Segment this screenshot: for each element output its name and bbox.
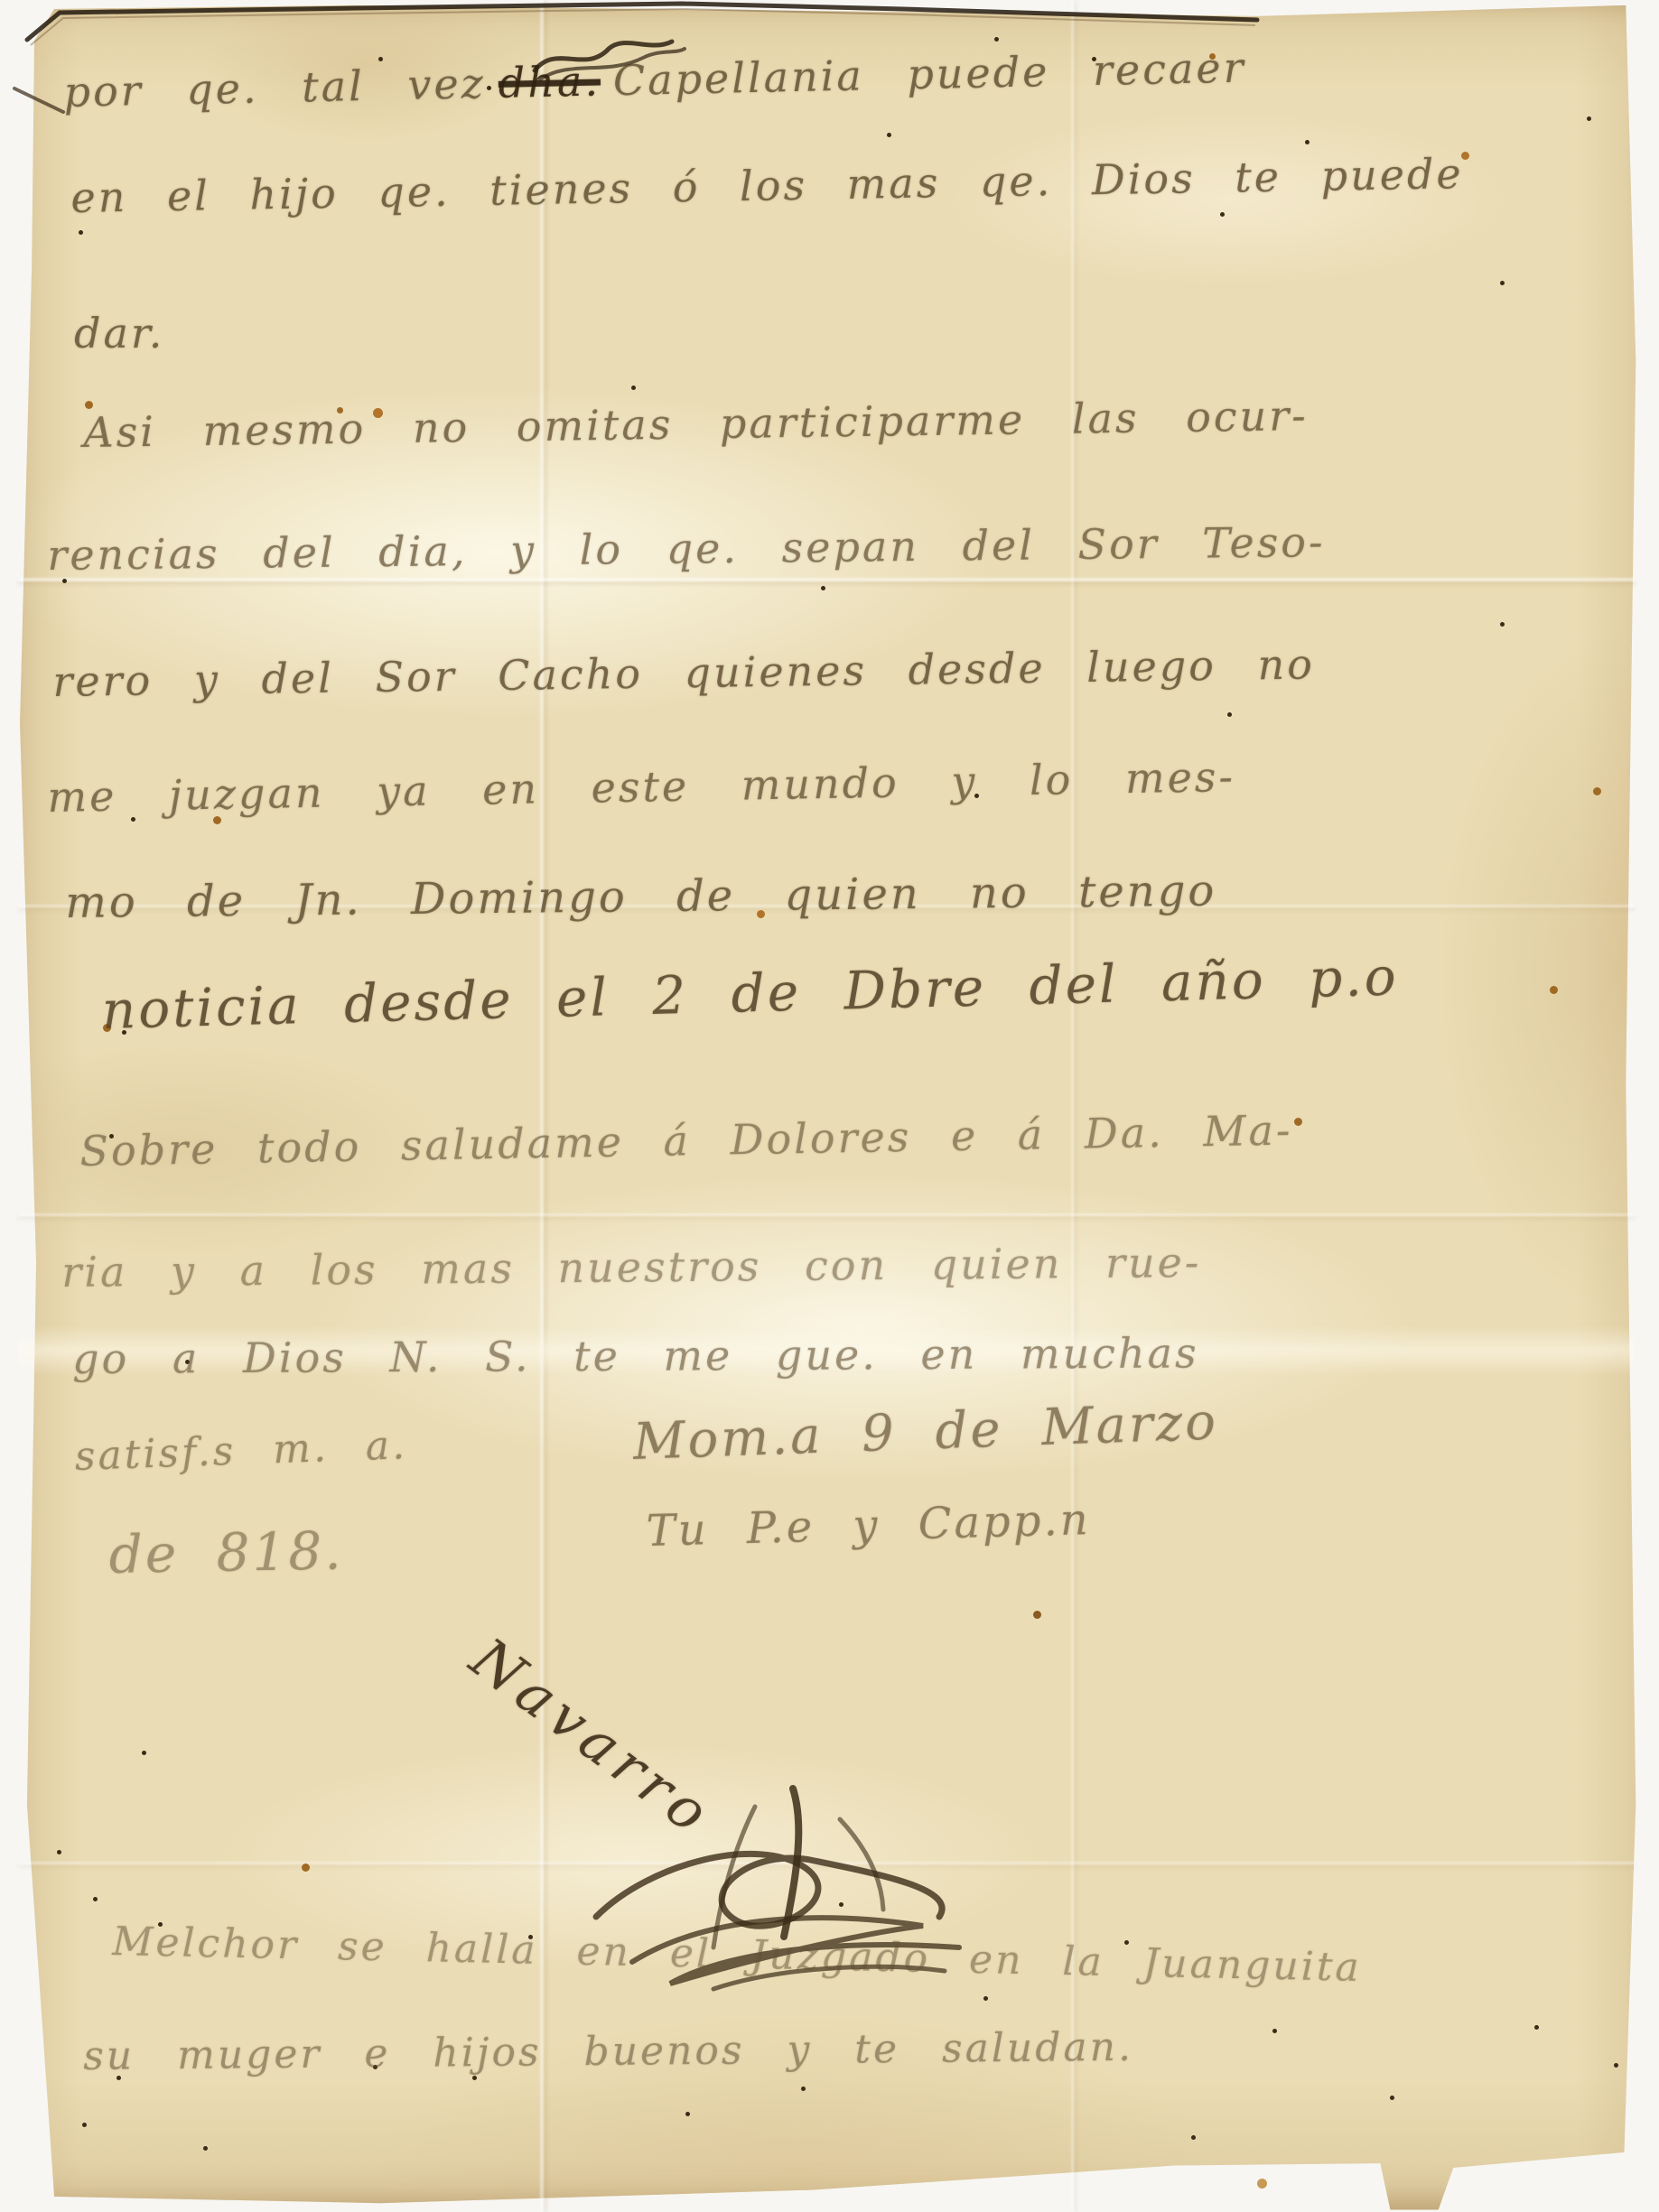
letter-line-3: dar. (74, 309, 164, 358)
dateline-year: de 818. (108, 1520, 344, 1585)
paper-sheet (0, 0, 1659, 2212)
struck-word: dha. (498, 57, 601, 107)
letter-line-12: go a Dios N. S. te me gue. en muchas (72, 1328, 1199, 1383)
letter-line-11: ria y a los mas nuestros con quien rue- (61, 1238, 1202, 1297)
line1-text: por qe. tal vez (63, 59, 486, 116)
foxing-spots (0, 0, 5, 5)
postscript-line-2: su muger e hijos buenos y te saludan. (83, 2024, 1133, 2079)
scanned-letter-page: por qe. tal vezdha.Capellania puede reca… (0, 0, 1659, 2212)
